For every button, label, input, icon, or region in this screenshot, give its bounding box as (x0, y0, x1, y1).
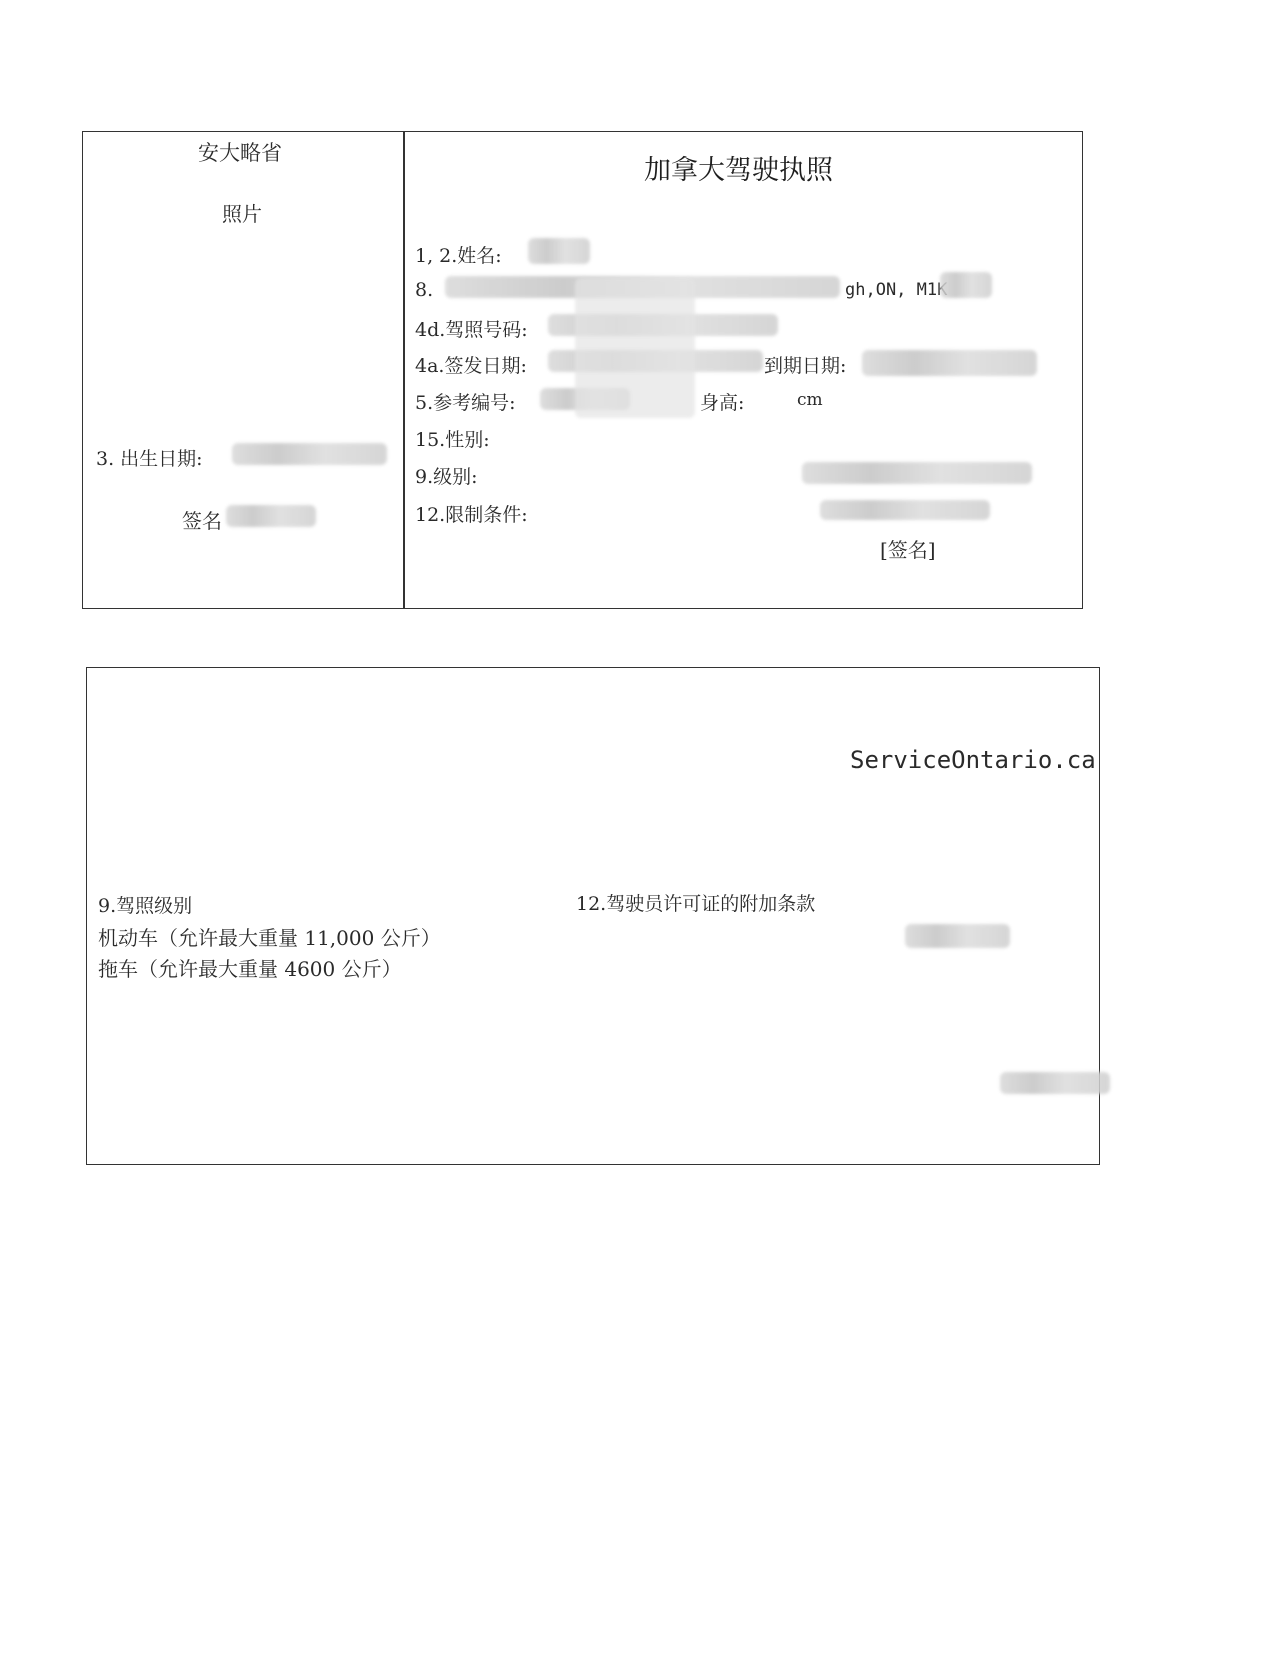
signature-placeholder: [签名] (880, 534, 936, 563)
address-label: 8. (415, 279, 433, 301)
expiry-date-label: 到期日期: (764, 351, 846, 378)
class-label: 9.级别: (415, 462, 478, 489)
sex-label: 15.性别: (415, 425, 490, 452)
height-label: 身高: (700, 388, 744, 415)
signature-redacted (226, 505, 316, 527)
photo-label: 照片 (222, 198, 262, 227)
license-class-heading: 9.驾照级别 (98, 891, 192, 918)
address-fragment: gh,ON, M1K (845, 280, 947, 300)
overlay-redacted (575, 278, 695, 418)
restrictions-label: 12.限制条件: (415, 500, 528, 527)
license-class-line: 机动车（允许最大重量 11,000 公斤） (98, 922, 441, 951)
website-link: ServiceOntario.ca (850, 746, 1096, 774)
class-redacted (802, 462, 1032, 484)
address-postal-redacted (940, 272, 992, 298)
restrictions-redacted (820, 500, 990, 520)
license-title: 加拿大驾驶执照 (644, 148, 833, 187)
license-number-label: 4d.驾照号码: (415, 315, 528, 342)
signature-label: 签名 (182, 505, 222, 534)
back-card (86, 667, 1100, 1165)
province-label: 安大略省 (198, 137, 282, 167)
name-redacted (528, 238, 590, 264)
dob-label: 3. 出生日期: (96, 444, 203, 471)
name-label: 1, 2.姓名: (415, 241, 502, 268)
conditions-redacted (905, 924, 1010, 948)
height-unit: cm (797, 390, 823, 410)
expiry-date-redacted (862, 350, 1037, 376)
issue-date-label: 4a.签发日期: (415, 351, 527, 378)
back-footer-redacted (1000, 1072, 1110, 1094)
license-class-line: 拖车（允许最大重量 4600 公斤） (98, 953, 402, 982)
dob-redacted (232, 443, 387, 465)
reference-label: 5.参考编号: (415, 388, 516, 415)
front-card-divider (403, 131, 405, 609)
conditions-heading: 12.驾驶员许可证的附加条款 (576, 889, 815, 916)
